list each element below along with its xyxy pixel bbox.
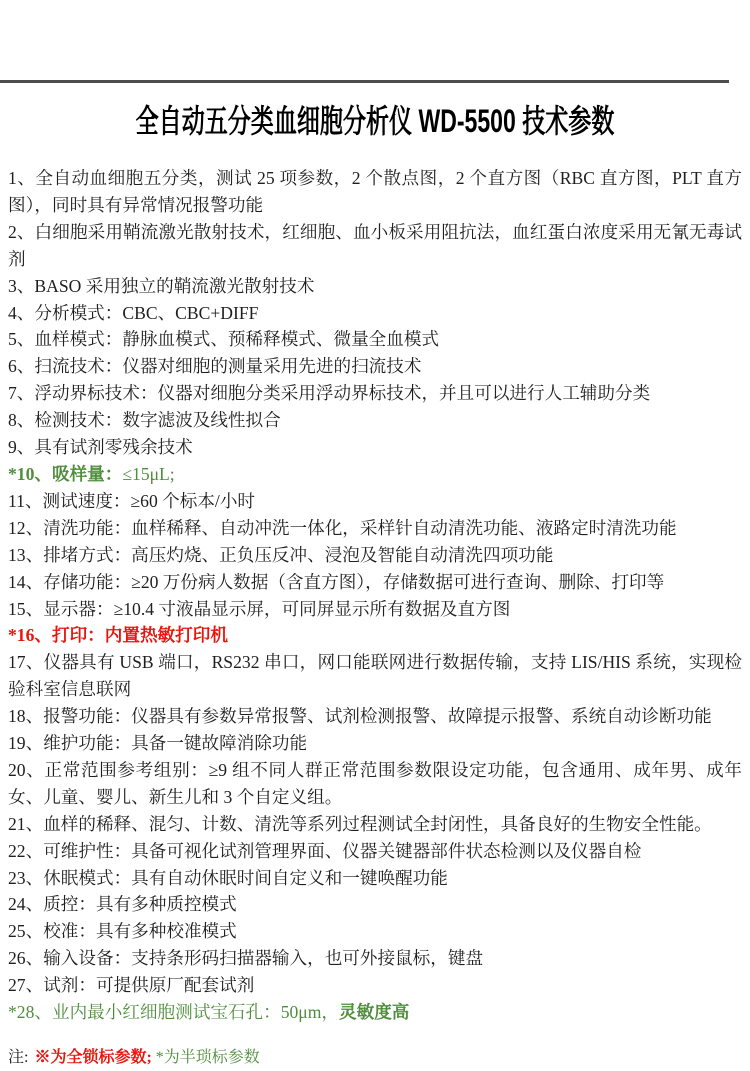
spec-item: 27、试剂：可提供原厂配套试剂 [8, 972, 742, 999]
spec-item-text: 11、测试速度：≥60 个标本/小时 [8, 491, 255, 511]
spec-item: 21、血样的稀释、混匀、计数、清洗等系列过程测试全封闭性，具备良好的生物安全性能… [8, 811, 742, 838]
spec-item-text: 17、仪器具有 USB 端口，RS232 串口，网口能联网进行数据传输，支持 L… [8, 652, 742, 699]
spec-item: 24、质控：具有多种质控模式 [8, 891, 742, 918]
spec-item-text: *28、业内最小红细胞测试宝石孔：50μm， [8, 1002, 339, 1022]
spec-item: 8、检测技术：数字滤波及线性拟合 [8, 407, 742, 434]
spec-item: 22、可维护性：具备可视化试剂管理界面、仪器关键器部件状态检测以及仪器自检 [8, 838, 742, 865]
spec-item-text: 2、白细胞采用鞘流激光散射技术，红细胞、血小板采用阻抗法，血红蛋白浓度采用无氰无… [8, 222, 742, 269]
spec-item: 9、具有试剂零残余技术 [8, 434, 742, 461]
spec-item: 13、排堵方式：高压灼烧、正负压反冲、浸泡及智能自动清洗四项功能 [8, 542, 742, 569]
spec-item: *28、业内最小红细胞测试宝石孔：50μm，灵敏度高 [8, 999, 742, 1026]
spec-item-text: 灵敏度高 [339, 1002, 409, 1022]
footnote-semi-lock-legend: *为半琐标参数 [156, 1049, 260, 1066]
spec-item-text: 21、血样的稀释、混匀、计数、清洗等系列过程测试全封闭性，具备良好的生物安全性能… [8, 814, 712, 834]
spec-item-text: 4、分析模式：CBC、CBC+DIFF [8, 303, 258, 323]
spec-item-text: 19、维护功能：具备一键故障消除功能 [8, 733, 307, 753]
spec-item: 25、校准：具有多种校准模式 [8, 918, 742, 945]
spec-item: 18、报警功能：仪器具有参数异常报警、试剂检测报警、故障提示报警、系统自动诊断功… [8, 703, 742, 730]
spec-item: 26、输入设备：支持条形码扫描器输入，也可外接鼠标，键盘 [8, 945, 742, 972]
spec-item-text: 5、血样模式：静脉血模式、预稀释模式、微量全血模式 [8, 329, 439, 349]
spec-item: 14、存储功能：≥20 万份病人数据（含直方图），存储数据可进行查询、删除、打印… [8, 569, 742, 596]
spec-item-text: 8、检测技术：数字滤波及线性拟合 [8, 410, 281, 430]
spec-item-text: 22、可维护性：具备可视化试剂管理界面、仪器关键器部件状态检测以及仪器自检 [8, 841, 641, 861]
spec-item-text: 14、存储功能：≥20 万份病人数据（含直方图），存储数据可进行查询、删除、打印… [8, 572, 664, 592]
spec-item-text: 20、正常范围参考组别：≥9 组不同人群正常范围参数限设定功能，包含通用、成年男… [8, 760, 742, 807]
spec-item-text: *10、吸样量： [8, 464, 122, 484]
spec-item: 1、全自动血细胞五分类，测试 25 项参数，2 个散点图，2 个直方图（RBC … [8, 165, 742, 219]
spec-item-text: 6、扫流技术：仪器对细胞的测量采用先进的扫流技术 [8, 356, 421, 376]
spec-item-text: 27、试剂：可提供原厂配套试剂 [8, 975, 254, 995]
document-page: 全自动五分类血细胞分析仪 WD-5500 技术参数 1、全自动血细胞五分类，测试… [0, 0, 750, 1071]
footnote-full-lock-legend: ※为全锁标参数; [34, 1049, 151, 1066]
spec-item: *16、打印：内置热敏打印机 [8, 622, 742, 649]
spec-item-text: 25、校准：具有多种校准模式 [8, 921, 237, 941]
spec-item-text: 1、全自动血细胞五分类，测试 25 项参数，2 个散点图，2 个直方图（RBC … [8, 168, 742, 215]
spec-item: 19、维护功能：具备一键故障消除功能 [8, 730, 742, 757]
spec-item-text: 9、具有试剂零残余技术 [8, 437, 193, 457]
spec-item: 3、BASO 采用独立的鞘流激光散射技术 [8, 273, 742, 300]
spec-item-text: 26、输入设备：支持条形码扫描器输入，也可外接鼠标，键盘 [8, 948, 483, 968]
spec-item: 20、正常范围参考组别：≥9 组不同人群正常范围参数限设定功能，包含通用、成年男… [8, 757, 742, 811]
spec-item-text: *16、打印：内置热敏打印机 [8, 625, 228, 645]
spec-item-text: 12、清洗功能：血样稀释、自动冲洗一体化，采样针自动清洗功能、液路定时清洗功能 [8, 518, 677, 538]
spec-item: 11、测试速度：≥60 个标本/小时 [8, 488, 742, 515]
spec-item: 23、休眠模式：具有自动休眠时间自定义和一键唤醒功能 [8, 865, 742, 892]
spec-item: 2、白细胞采用鞘流激光散射技术，红细胞、血小板采用阻抗法，血红蛋白浓度采用无氰无… [8, 219, 742, 273]
spec-item: 7、浮动界标技术：仪器对细胞分类采用浮动界标技术，并且可以进行人工辅助分类 [8, 380, 742, 407]
spec-item-text: 23、休眠模式：具有自动休眠时间自定义和一键唤醒功能 [8, 868, 448, 888]
spec-item: 6、扫流技术：仪器对细胞的测量采用先进的扫流技术 [8, 353, 742, 380]
spec-item: 12、清洗功能：血样稀释、自动冲洗一体化，采样针自动清洗功能、液路定时清洗功能 [8, 515, 742, 542]
spec-item: *10、吸样量：≤15μL; [8, 461, 742, 488]
spec-item-text: 15、显示器：≥10.4 寸液晶显示屏，可同屏显示所有数据及直方图 [8, 599, 510, 619]
spec-item-text: 13、排堵方式：高压灼烧、正负压反冲、浸泡及智能自动清洗四项功能 [8, 545, 553, 565]
spec-item-text: 7、浮动界标技术：仪器对细胞分类采用浮动界标技术，并且可以进行人工辅助分类 [8, 383, 650, 403]
spec-item-text: 18、报警功能：仪器具有参数异常报警、试剂检测报警、故障提示报警、系统自动诊断功… [8, 706, 712, 726]
footnote: 注:※为全锁标参数;*为半琐标参数 [0, 1048, 750, 1068]
spec-list: 1、全自动血细胞五分类，测试 25 项参数，2 个散点图，2 个直方图（RBC … [0, 145, 750, 1026]
spec-item: 15、显示器：≥10.4 寸液晶显示屏，可同屏显示所有数据及直方图 [8, 596, 742, 623]
spec-item: 5、血样模式：静脉血模式、预稀释模式、微量全血模式 [8, 326, 742, 353]
spec-item: 4、分析模式：CBC、CBC+DIFF [8, 300, 742, 327]
footnote-prefix: 注: [8, 1049, 28, 1066]
spec-item-text: 3、BASO 采用独立的鞘流激光散射技术 [8, 276, 314, 296]
page-title: 全自动五分类血细胞分析仪 WD-5500 技术参数 [105, 0, 645, 145]
spec-item: 17、仪器具有 USB 端口，RS232 串口，网口能联网进行数据传输，支持 L… [8, 649, 742, 703]
spec-item-text: ≤15μL; [122, 464, 174, 484]
spec-item-text: 24、质控：具有多种质控模式 [8, 894, 237, 914]
